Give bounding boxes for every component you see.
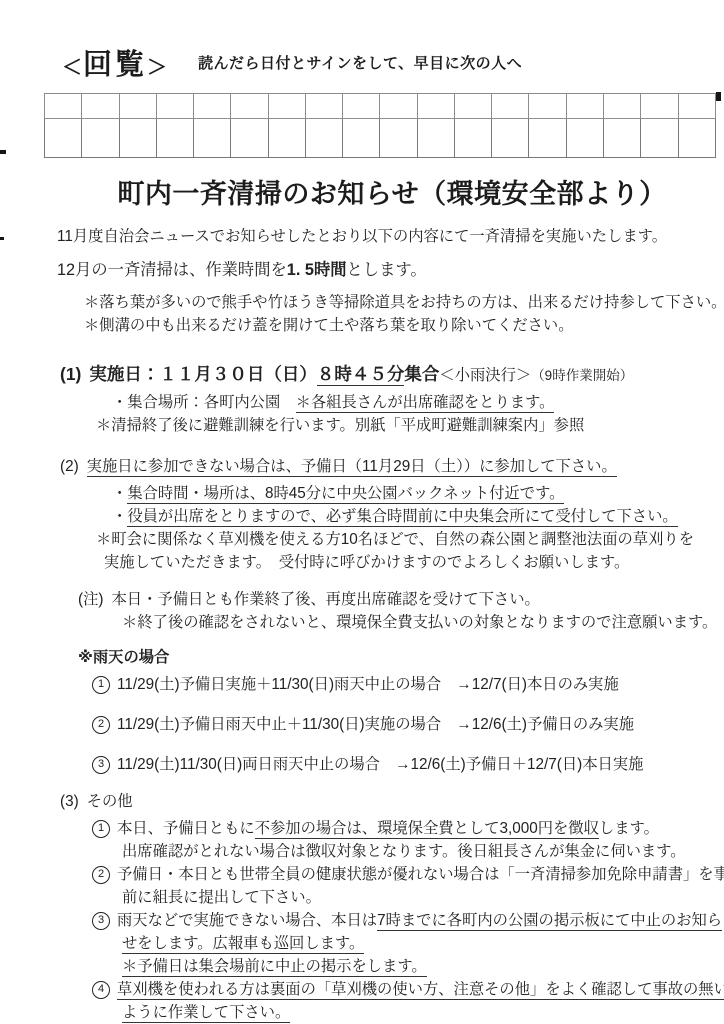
signature-cell [156, 94, 193, 119]
s2-meet-line: ・集合時間・場所は、8時45分に中央公園バックネット付近です。 [112, 482, 724, 505]
rain-heading: ※雨天の場合 [78, 646, 724, 669]
s1-date: 実施日：１１月３０日（日） [89, 364, 317, 384]
signature-cell [492, 119, 529, 158]
s3-item1-post: します。 [599, 820, 659, 837]
prep-note-gutter: ＊側溝の中も出来るだけ蓋を開けて土や落ち葉を取り除いてください。 [84, 314, 724, 337]
s2-meet-place: 集合時間・場所は、8時45分に中央公園バックネット付近です。 [127, 485, 564, 504]
s2-reception: 役員が出席をとりますので、必ず集合時間前に中央集会所にて受付して下さい。 [127, 508, 677, 527]
signature-cell [678, 94, 715, 119]
section-3: (3)その他 1本日、予備日ともに不参加の場合は、環境保全費として3,000円を… [0, 790, 724, 1024]
s2-mow-line2: 実施していただきます。 受付時に呼びかけますのでよろしくお願いします。 [104, 551, 724, 574]
scan-artifact [0, 150, 6, 154]
signature-cell [641, 94, 678, 119]
signature-cell [417, 119, 454, 158]
signature-grid-table [44, 93, 716, 158]
rain-case-2: 211/29(土)予備日雨天中止＋11/30(日)実施の場合 →12/6(土)予… [92, 713, 724, 736]
worktime-pre: 12月の一斉清掃は、作業時間を [57, 261, 287, 279]
signature-cell [268, 119, 305, 158]
signature-cell [119, 119, 156, 158]
s3-item1-line2: 出席確認がとれない場合は徴収対象となります。後日組長さんが集金に伺います。 [122, 840, 724, 863]
scanned-notice-page: ＜回覧＞ 読んだら日付とサインをして、早目に次の人へ 町内一斉清掃のお知らせ（環… [0, 0, 724, 1024]
caution-text1: 本日・予備日とも作業終了後、再度出席確認を受けて下さい。 [112, 591, 540, 608]
s1-time: ８時４５分 [317, 364, 405, 386]
s1-evac-line: ＊清掃終了後に避難訓練を行います。別紙「平成町避難訓練案内」参照 [96, 414, 724, 437]
s3-item1-fee: 不参加の場合は、環境保全費として3,000円を徴収 [255, 820, 599, 839]
signature-cell [343, 94, 380, 119]
signature-cell [603, 119, 640, 158]
signature-cell [492, 94, 529, 119]
s3-item3-line2: せをします。広報車も巡回します。 [122, 932, 724, 955]
signature-cell [231, 94, 268, 119]
signature-cell [343, 119, 380, 158]
circled-number-icon: 4 [92, 981, 110, 999]
signature-cell [231, 119, 268, 158]
s3-item3-line1: 3雨天などで実施できない場合、本日は7時までに各町内の公園の掲示板にて中止のお知… [92, 909, 724, 932]
signature-cell [529, 94, 566, 119]
signature-grid [44, 93, 724, 158]
worktime-line: 12月の一斉清掃は、作業時間を1. 5時間とします。 [57, 259, 724, 282]
circled-number-icon: 1 [92, 676, 110, 694]
circled-number-icon: 3 [92, 756, 110, 774]
s3-item2-line1: 2予備日・本日とも世帯全員の健康状態が優れない場合は「一斉清掃参加免除申請書」を… [92, 863, 724, 886]
s3-item4-text2: ように作業して下さい。 [122, 1004, 290, 1023]
scan-artifact [0, 237, 4, 240]
s3-item4-text1: 草刈機を使われる方は裏面の「草刈機の使い方、注意その他」をよく確認して事故の無い [117, 981, 724, 1000]
s1-place: ・集合場所：各町内公園 [112, 394, 296, 411]
circulation-instruction: 読んだら日付とサインをして、早目に次の人へ [198, 52, 522, 73]
s1-label: (1) [60, 364, 81, 384]
kairan-bracket-close: ＞ [147, 57, 168, 79]
signature-cell [529, 119, 566, 158]
caution-line2: ＊終了後の確認をされないと、環境保全費支払いの対象となりますので注意願います。 [122, 611, 724, 634]
s1-rain-note: ＜小雨決行＞ [439, 367, 531, 384]
s3-item2-line2: 前に組長に提出して下さい。 [122, 886, 724, 909]
s1-date-line: (1)実施日：１１月３０日（日）８時４５分集合＜小雨決行＞（9時作業開始） [60, 363, 724, 387]
signature-cell [194, 94, 231, 119]
caution-line1: (注)本日・予備日とも作業終了後、再度出席確認を受けて下さい。 [78, 588, 724, 611]
s3-heading: (3)その他 [60, 790, 724, 813]
s2-reserve-day: 実施日に参加できない場合は、予備日（11月29日（土））に参加して下さい。 [87, 458, 617, 477]
worktime-post: とします。 [347, 261, 427, 279]
kairan-bracket-open: ＜ [62, 57, 83, 79]
signature-cell [678, 119, 715, 158]
s3-item3-notice2: せをします。広報車も巡回します。 [122, 935, 364, 954]
s3-item3-notice3: ＊予備日は集会場前に中止の掲示をします。 [122, 958, 427, 977]
worktime-bold: 1. 5時間 [287, 261, 347, 279]
prep-note-tools: ＊落ち葉が多いので熊手や竹ほうき等掃除道具をお持ちの方は、出来るだけ持参して下さ… [84, 291, 724, 314]
signature-cell [305, 94, 342, 119]
s1-gather: 集合 [404, 364, 439, 384]
circled-number-icon: 1 [92, 820, 110, 838]
signature-cell [82, 119, 119, 158]
rain-case-3: 311/29(土)11/30(日)両日雨天中止の場合 →12/6(土)予備日＋1… [92, 753, 724, 776]
rain-case-3-text: 11/29(土)11/30(日)両日雨天中止の場合 →12/6(土)予備日＋12… [117, 756, 643, 773]
kairan-text: 回覧 [83, 49, 147, 81]
signature-cell [454, 119, 491, 158]
s3-item4-line1: 4草刈機を使われる方は裏面の「草刈機の使い方、注意その他」をよく確認して事故の無… [92, 978, 724, 1001]
s1-start-note: （9時作業開始） [531, 368, 633, 383]
signature-cell [194, 119, 231, 158]
caution-label: (注) [78, 591, 104, 608]
signature-cell [417, 94, 454, 119]
section-2: (2)実施日に参加できない場合は、予備日（11月29日（土））に参加して下さい。… [0, 455, 724, 574]
s3-item1-pre: 本日、予備日ともに [117, 820, 255, 837]
signature-cell [305, 119, 342, 158]
signature-cell [119, 94, 156, 119]
rain-case-2-text: 11/29(土)予備日雨天中止＋11/30(日)実施の場合 →12/6(土)予備… [117, 716, 634, 733]
signature-cell [156, 119, 193, 158]
rain-case-1-text: 11/29(土)予備日実施＋11/30(日)雨天中止の場合 →12/7(日)本日… [117, 676, 619, 693]
signature-cell [82, 94, 119, 119]
s3-heading-text: その他 [87, 793, 133, 810]
signature-cell [566, 119, 603, 158]
s3-item2-text1: 予備日・本日とも世帯全員の健康状態が優れない場合は「一斉清掃参加免除申請書」を事 [117, 866, 724, 883]
section-1: (1)実施日：１１月３０日（日）８時４５分集合＜小雨決行＞（9時作業開始） ・集… [0, 363, 724, 437]
signature-cell [380, 94, 417, 119]
s3-item3-line3: ＊予備日は集会場前に中止の掲示をします。 [122, 955, 724, 978]
s1-place-note: ＊各組長さんが出席確認をとります。 [296, 394, 555, 413]
signature-cell [454, 94, 491, 119]
signature-cell [45, 94, 82, 119]
intro-line: 11月度自治会ニュースでお知らせしたとおり以下の内容にて一斉清掃を実施いたします… [57, 225, 724, 248]
signature-cell [380, 119, 417, 158]
signature-cell [641, 119, 678, 158]
caution-note: (注)本日・予備日とも作業終了後、再度出席確認を受けて下さい。 ＊終了後の確認を… [0, 588, 724, 634]
circled-number-icon: 3 [92, 912, 110, 930]
signature-cell [45, 119, 82, 158]
s2-reception-line: ・役員が出席をとりますので、必ず集合時間前に中央集会所にて受付して下さい。 [112, 505, 724, 528]
s3-item1-line1: 1本日、予備日ともに不参加の場合は、環境保全費として3,000円を徴収します。 [92, 817, 724, 840]
s2-label: (2) [60, 458, 79, 475]
circulation-header: ＜回覧＞ 読んだら日付とサインをして、早目に次の人へ [62, 42, 724, 83]
s3-item4-line2: ように作業して下さい。 [122, 1001, 724, 1024]
rain-cases: ※雨天の場合 111/29(土)予備日実施＋11/30(日)雨天中止の場合 →1… [0, 646, 724, 776]
signature-cell [603, 94, 640, 119]
s3-item3-pre: 雨天などで実施できない場合、本日は [117, 912, 377, 929]
s2-bullet2: ・ [112, 508, 127, 525]
s2-mow-line1: ＊町会に関係なく草刈機を使える方10名ほどで、自然の森公園と調整池法面の草刈りを [96, 528, 724, 551]
prep-notes: ＊落ち葉が多いので熊手や竹ほうき等掃除道具をお持ちの方は、出来るだけ持参して下さ… [0, 291, 724, 337]
signature-cell [566, 94, 603, 119]
page-title: 町内一斉清掃のお知らせ（環境安全部より） [0, 172, 724, 211]
s3-item3-notice1: 7時までに各町内の公園の掲示板にて中止のお知ら [377, 912, 722, 931]
signature-grid-body [45, 94, 716, 158]
circled-number-icon: 2 [92, 716, 110, 734]
s2-main-line: (2)実施日に参加できない場合は、予備日（11月29日（土））に参加して下さい。 [60, 455, 724, 478]
s2-bullet: ・ [112, 485, 127, 502]
rain-case-1: 111/29(土)予備日実施＋11/30(日)雨天中止の場合 →12/7(日)本… [92, 673, 724, 696]
signature-cell [268, 94, 305, 119]
kairan-label: ＜回覧＞ [62, 42, 168, 83]
s3-label: (3) [60, 793, 79, 810]
circled-number-icon: 2 [92, 866, 110, 884]
s1-place-line: ・集合場所：各町内公園 ＊各組長さんが出席確認をとります。 [112, 391, 724, 414]
scan-artifact [716, 92, 721, 101]
